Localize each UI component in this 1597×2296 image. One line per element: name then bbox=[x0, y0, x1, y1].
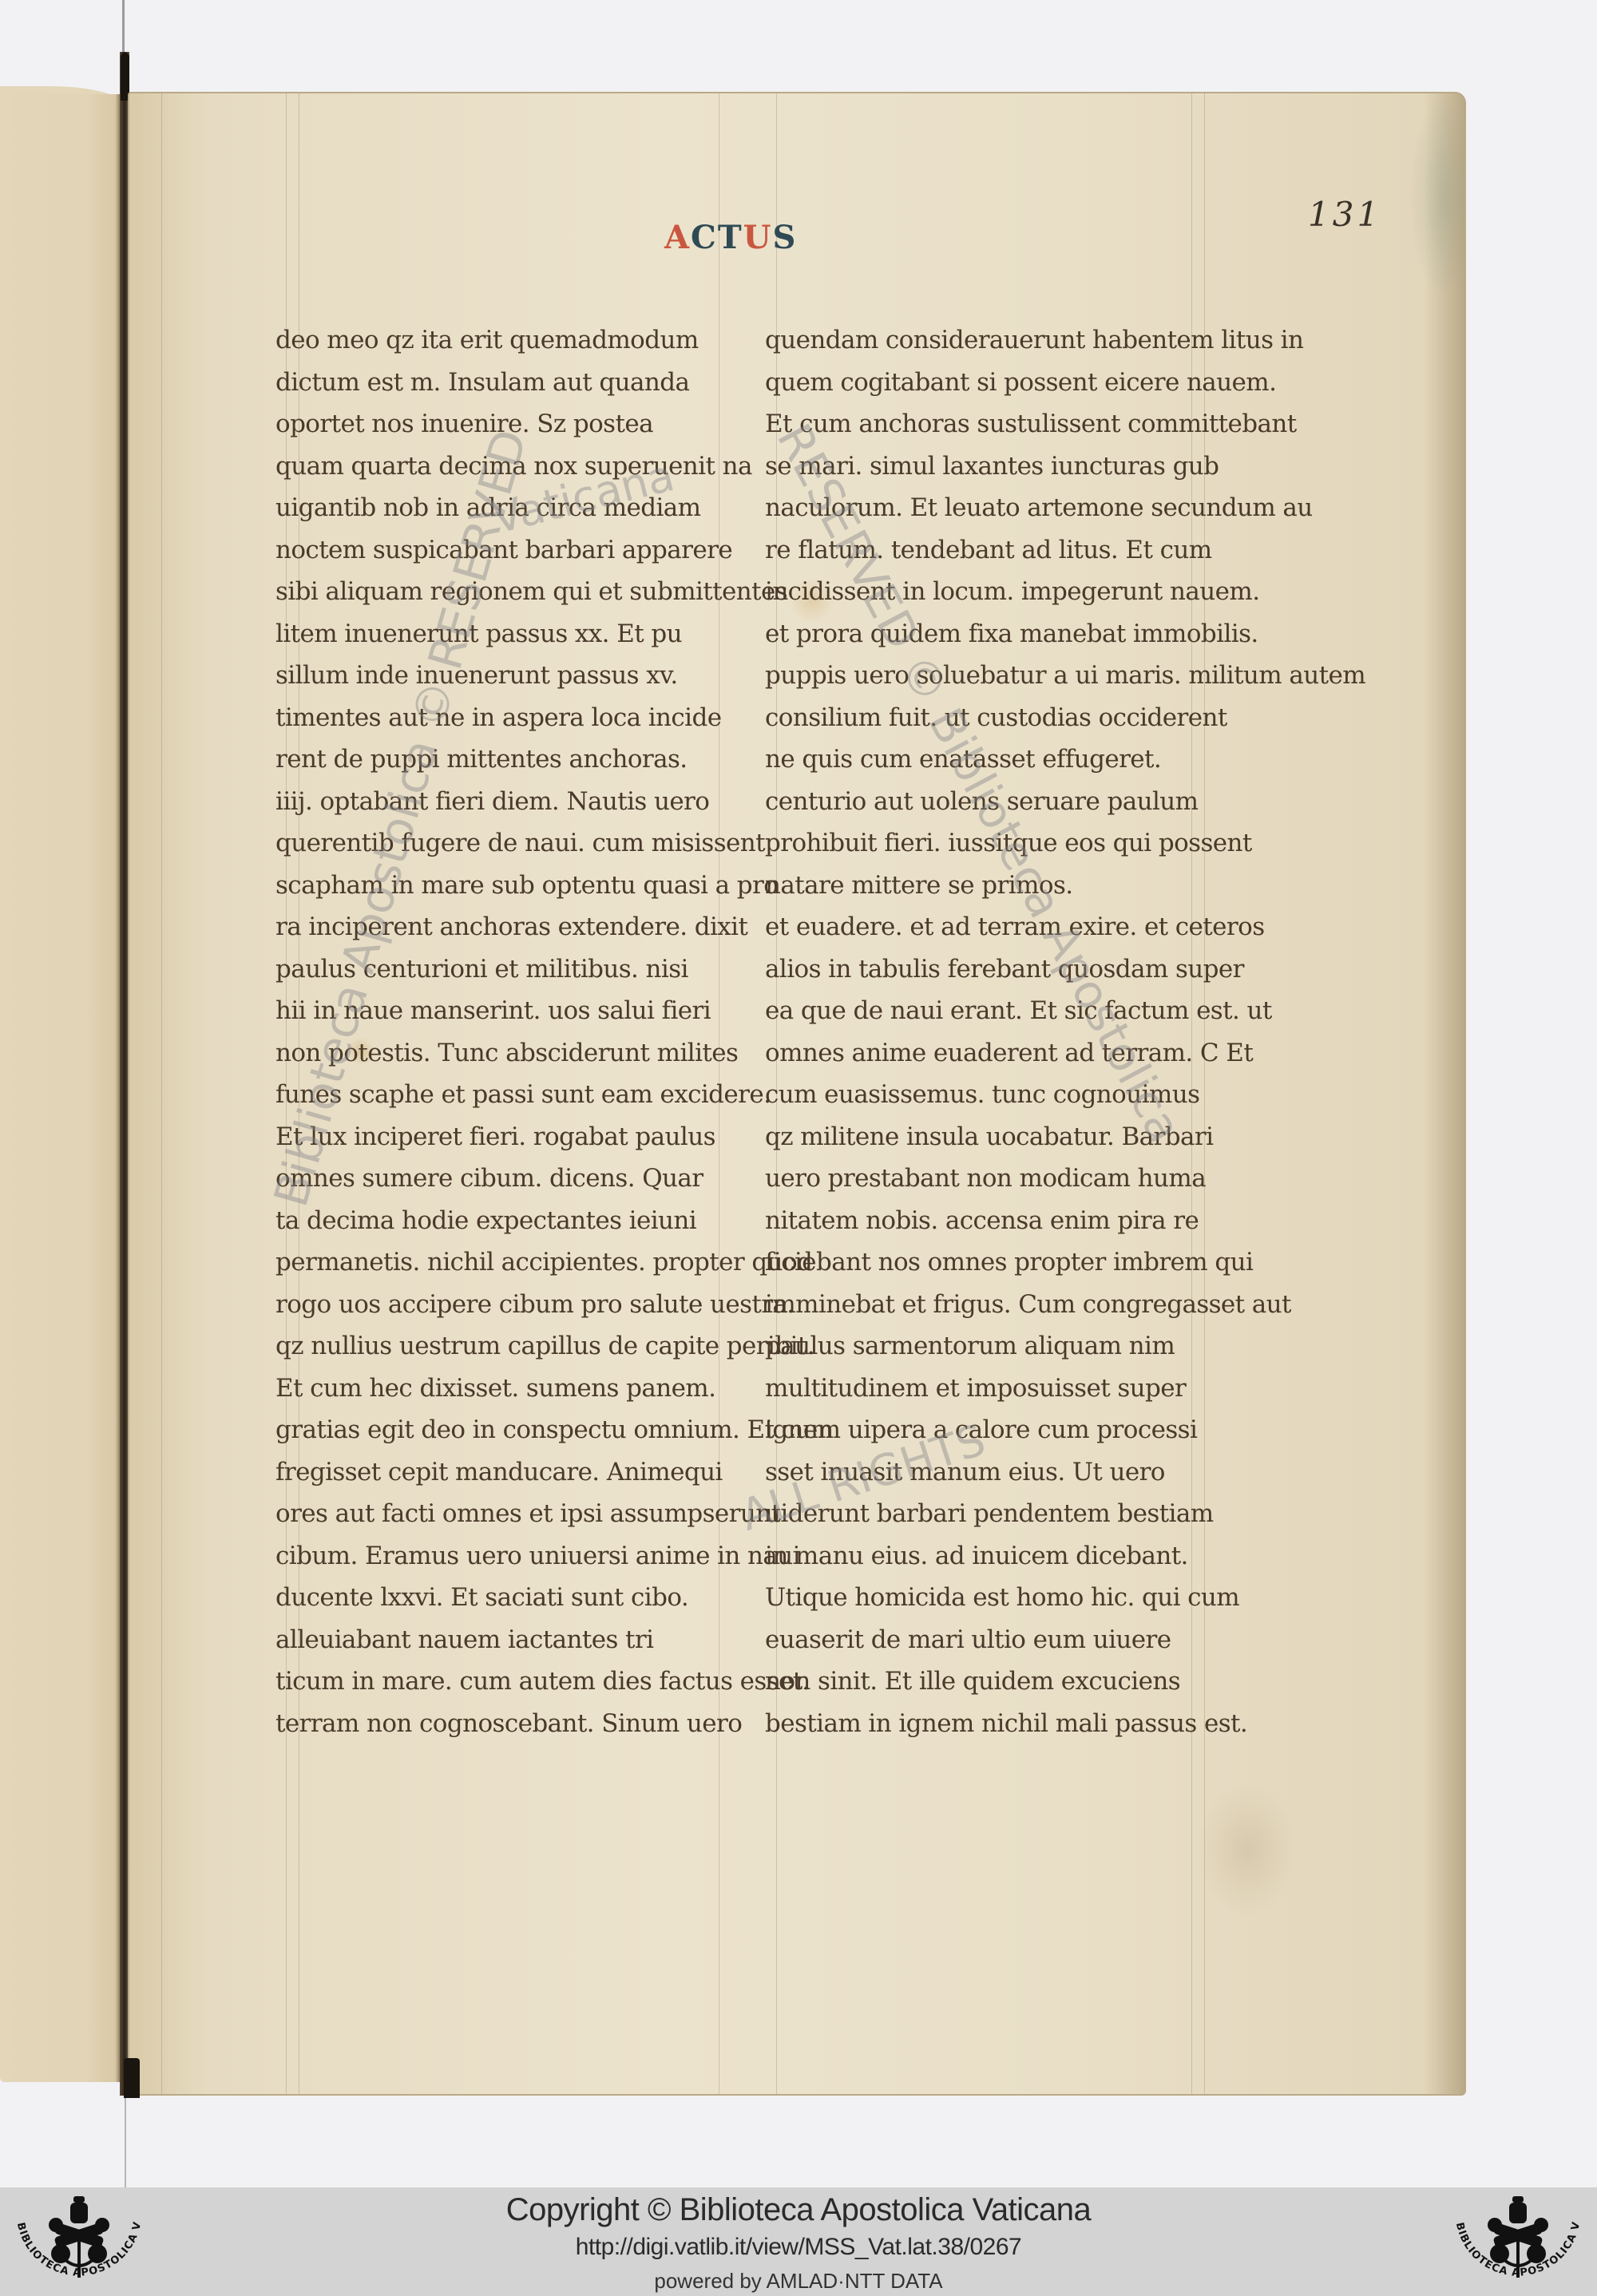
binding-tab-bottom bbox=[124, 2058, 140, 2098]
text-line: terram non cognoscebant. Sinum uero bbox=[275, 1703, 727, 1745]
text-line: Et lux inciperet fieri. rogabat paulus bbox=[275, 1116, 727, 1158]
vatican-library-logo-icon: BIBLIOTECA APOSTOLICA VATICANA bbox=[3, 2191, 155, 2292]
text-line: imminebat et frigus. Cum congregasset au… bbox=[765, 1284, 1220, 1326]
rubric-red-letter: U bbox=[743, 219, 773, 256]
vatican-library-logo-icon: BIBLIOTECA APOSTOLICA VATICANA bbox=[1442, 2191, 1594, 2292]
text-line: alleuiabant nauem iactantes tri bbox=[275, 1619, 727, 1661]
text-line: sillum inde inuenerunt passus xv. bbox=[275, 655, 727, 697]
text-line: qz nullius uestrum capillus de capite pe… bbox=[275, 1325, 727, 1368]
text-line: sibi aliquam regionem qui et submittente… bbox=[275, 571, 727, 613]
text-line: permanetis. nichil accipientes. propter … bbox=[275, 1241, 727, 1284]
text-line: bestiam in ignem nichil mali passus est. bbox=[765, 1703, 1220, 1745]
text-line: et euadere. et ad terram exire. et ceter… bbox=[765, 906, 1220, 948]
text-line: alios in tabulis ferebant quosdam super bbox=[765, 948, 1220, 991]
running-head-rubric: ACTUS bbox=[664, 219, 797, 256]
text-line: uero prestabant non modicam huma bbox=[765, 1158, 1220, 1200]
text-line: ficiebant nos omnes propter imbrem qui bbox=[765, 1241, 1220, 1284]
text-line: Utique homicida est homo hic. qui cum bbox=[765, 1577, 1220, 1619]
rubric-red-letter: A bbox=[664, 219, 691, 256]
text-line: querentib fugere de naui. cum misissent bbox=[275, 822, 727, 865]
folio-number: 131 bbox=[1308, 195, 1381, 234]
text-line: ticum in mare. cum autem dies factus ess… bbox=[275, 1661, 727, 1703]
left-facing-leaf bbox=[0, 94, 121, 2082]
text-line: gratias egit deo in conspectu omnium. Et… bbox=[275, 1409, 727, 1451]
copyright-footer: Copyright © Biblioteca Apostolica Vatica… bbox=[0, 2187, 1597, 2296]
text-line: omnes sumere cibum. dicens. Quar bbox=[275, 1158, 727, 1200]
text-line: Et cum hec dixisset. sumens panem. bbox=[275, 1368, 727, 1410]
text-line: puppis uero soluebatur a ui maris. milit… bbox=[765, 655, 1220, 697]
text-line: quem cogitabant si possent eicere nauem. bbox=[765, 362, 1220, 404]
text-line: paulus sarmentorum aliquam nim bbox=[765, 1325, 1220, 1368]
text-line: consilium fuit. ut custodias occiderent bbox=[765, 697, 1220, 739]
text-line: scapham in mare sub optentu quasi a pro bbox=[275, 865, 727, 907]
text-line: incidissent in locum. impegerunt nauem. bbox=[765, 571, 1220, 613]
text-line: non sinit. Et ille quidem excuciens bbox=[765, 1661, 1220, 1703]
text-line: deo meo qz ita erit quemadmodum bbox=[275, 319, 727, 362]
text-line: dictum est m. Insulam aut quanda bbox=[275, 362, 727, 404]
rubric-blue-letters: S bbox=[773, 219, 798, 256]
text-line: natare mittere se primos. bbox=[765, 865, 1220, 907]
text-line: ducente lxxvi. Et saciati sunt cibo. bbox=[275, 1577, 727, 1619]
text-line: litem inuenerunt passus xx. Et pu bbox=[275, 613, 727, 655]
text-line: euaserit de mari ultio eum uiuere bbox=[765, 1619, 1220, 1661]
text-line: ignem uipera a calore cum processi bbox=[765, 1409, 1220, 1451]
text-line: rogo uos accipere cibum pro salute uestr… bbox=[275, 1284, 727, 1326]
ruling-line bbox=[161, 93, 162, 2094]
text-line: fregisset cepit manducare. Animequi bbox=[275, 1451, 727, 1494]
text-line: et prora quidem fixa manebat immobilis. bbox=[765, 613, 1220, 655]
text-line: in manu eius. ad inuicem dicebant. bbox=[765, 1535, 1220, 1578]
text-line: nitatem nobis. accensa enim pira re bbox=[765, 1200, 1220, 1242]
text-line: timentes aut ne in aspera loca incide bbox=[275, 697, 727, 739]
text-line: Et cum anchoras sustulissent committeban… bbox=[765, 403, 1220, 445]
gutter-shadow-top bbox=[122, 0, 125, 53]
text-line: rent de puppi mittentes anchoras. bbox=[275, 738, 727, 781]
copyright-text: Copyright © Biblioteca Apostolica Vatica… bbox=[0, 2192, 1597, 2228]
manuscript-url[interactable]: http://digi.vatlib.it/view/MSS_Vat.lat.3… bbox=[0, 2234, 1597, 2261]
powered-by-text: powered by AMLAD·NTT DATA bbox=[0, 2269, 1597, 2294]
manuscript-scan: ACTUS 131 deo meo qz ita erit quemadmodu… bbox=[0, 0, 1597, 2187]
text-line: ea que de naui erant. Et sic factum est.… bbox=[765, 990, 1220, 1032]
text-line: ta decima hodie expectantes ieiuni bbox=[275, 1200, 727, 1242]
gutter-shadow-bottom bbox=[125, 2098, 126, 2187]
text-line: cibum. Eramus uero uniuersi anime in nau… bbox=[275, 1535, 727, 1578]
text-line: quendam considerauerunt habentem litus i… bbox=[765, 319, 1220, 362]
rubric-blue-letters: CT bbox=[691, 219, 743, 256]
text-line: iiij. optabant fieri diem. Nautis uero bbox=[275, 781, 727, 823]
text-line: multitudinem et imposuisset super bbox=[765, 1368, 1220, 1410]
text-line: ores aut facti omnes et ipsi assumpserun… bbox=[275, 1493, 727, 1535]
